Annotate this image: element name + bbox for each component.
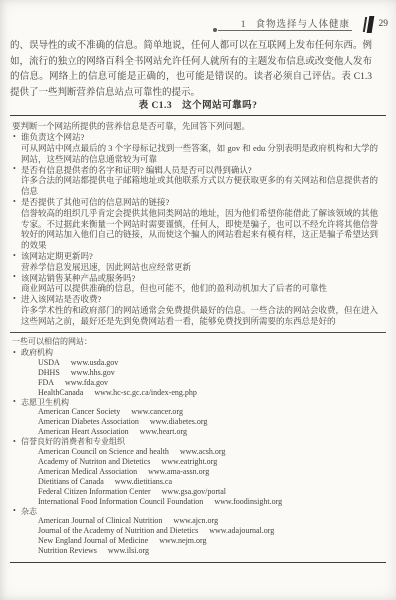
question-item: • 谁负责这个网站? 可从网站中网点最后的 3 个字母标记找到一些答案，如 go…: [12, 132, 378, 164]
site-entry: International Food Information Council F…: [21, 497, 378, 507]
site-url: www.ama-assn.org: [148, 467, 209, 477]
site-url: www.usda.gov: [71, 358, 118, 368]
site-url: www.hhs.gov: [71, 368, 115, 378]
trusted-sites-section: 一些可以相信的网站： • 政府机构 USDA www.usda.gov DHHS…: [12, 337, 378, 556]
category-label: 信誉良好的消费者和专业组织: [21, 437, 378, 447]
site-category: • 信誉良好的消费者和专业组织 American Council on Scie…: [12, 437, 378, 506]
site-url: www.foodinsight.org: [214, 497, 282, 507]
answer-text: 许多合法的网站都提供电子邮箱地址或其他联系方式以方便获取更多的有关网站和信息提供…: [21, 175, 378, 197]
site-name: International Food Information Council F…: [38, 497, 203, 507]
book-page: 1食物选择与人体健康 29 的、误导性的或不准确的信息。简单地说，任何人都可以在…: [0, 0, 396, 600]
site-name: New England Journal of Medicine: [38, 536, 148, 546]
site-entry: American Council on Science and health w…: [21, 447, 378, 457]
site-url: www.ilsi.org: [108, 546, 149, 556]
site-url: www.adajournal.org: [209, 526, 274, 536]
site-url: www.gsa.gov/portal: [162, 487, 226, 497]
site-entry: Academy of Nutriton and Dietetics www.ea…: [21, 457, 378, 467]
category-label: 志愿卫生机构: [21, 398, 378, 408]
answer-text: 营养学信息发展迅速，因此网站也应经常更新: [21, 262, 378, 273]
site-name: Academy of Nutriton and Dietetics: [38, 457, 150, 467]
site-entry: Dietitians of Canada www.dietitians.ca: [21, 477, 378, 487]
table-c1-3: 表 C1.3 这个网站可靠吗? 要判断一个网站所提供的营养信息是否可靠，先回答下…: [10, 97, 386, 563]
bullet-icon: •: [13, 506, 16, 516]
bullet-icon: •: [13, 197, 16, 208]
site-name: Nutrition Reviews: [38, 546, 97, 556]
site-url: www.diabetes.org: [150, 417, 208, 427]
chapter-title: 食物选择与人体健康: [255, 20, 350, 30]
table-divider-rule: [10, 332, 386, 333]
site-url: www.acsh.org: [180, 447, 226, 457]
header-rule: [218, 30, 352, 31]
bullet-icon: •: [13, 272, 16, 283]
bullet-icon: •: [13, 132, 16, 143]
question-text: 该网站销售某种产品或服务吗?: [21, 273, 378, 284]
table-caption: 表 C1.3 这个网站可靠吗?: [10, 97, 386, 111]
site-category: • 杂志 American Journal of Clinical Nutrit…: [12, 507, 378, 557]
question-item: • 进入该网站是否收费? 许多学术性的和政府部门的网站通常会免费提供最好的信息。…: [12, 294, 378, 326]
running-head: 1食物选择与人体健康 29: [0, 14, 396, 36]
bullet-icon: •: [13, 164, 16, 175]
site-entry: Nutrition Reviews www.ilsi.org: [21, 546, 378, 556]
site-entry: American Diabetes Association www.diabet…: [21, 417, 378, 427]
site-url: www.fda.gov: [65, 378, 108, 388]
site-name: FDA: [38, 378, 54, 388]
intro-paragraph: 的、误导性的或不准确的信息。简单地说，任何人都可以在互联网上发布任何东西。例如，…: [10, 39, 372, 101]
question-item: • 该网站定期更新吗? 营养学信息发展迅速，因此网站也应经常更新: [12, 251, 378, 273]
page-marker: 29: [364, 14, 389, 34]
trusted-sites-heading: 一些可以相信的网站：: [12, 337, 378, 347]
table-intro: 要判断一个网站所提供的营养信息是否可靠，先回答下列问题。: [12, 121, 378, 132]
site-category: • 志愿卫生机构 American Cancer Society www.can…: [12, 398, 378, 438]
site-entry: Journal of the Academy of Nutrition and …: [21, 526, 378, 536]
site-entry: American Journal of Clinical Nutrition w…: [21, 516, 378, 526]
site-name: American Medical Association: [38, 467, 137, 477]
site-url: www.cancer.org: [131, 407, 183, 417]
site-url: www.hc-sc.gc.ca/index-eng.php: [94, 388, 197, 398]
site-name: Federal Citizen Information Center: [38, 487, 151, 497]
answer-text: 许多学术性的和政府部门的网站通常会免费提供最好的信息。一些合法的网站会收费，但在…: [21, 305, 378, 327]
question-text: 是否提供了其他可信的信息网站的链接?: [21, 197, 378, 208]
page-number: 29: [379, 19, 389, 29]
site-entry: American Medical Association www.ama-ass…: [21, 467, 378, 477]
site-name: American Cancer Society: [38, 407, 120, 417]
question-item: • 是否有信息提供者的名字和证明? 编辑人员是否可以得到确认? 许多合法的网站都…: [12, 165, 378, 197]
site-entry: USDA www.usda.gov: [21, 358, 378, 368]
site-name: DHHS: [38, 368, 60, 378]
site-url: www.eatright.org: [161, 457, 217, 467]
site-entry: HealthCanada www.hc-sc.gc.ca/index-eng.p…: [21, 388, 378, 398]
bullet-icon: •: [13, 294, 16, 305]
question-text: 该网站定期更新吗?: [21, 251, 378, 262]
question-item: • 该网站销售某种产品或服务吗? 商业网站可以提供准确的信息，但也可能不，他们的…: [12, 273, 378, 295]
site-name: HealthCanada: [38, 388, 83, 398]
question-item: • 是否提供了其他可信的信息网站的链接? 信誉较高的组织几乎肯定会提供其他同类网…: [12, 197, 378, 251]
site-name: Journal of the Academy of Nutrition and …: [38, 526, 198, 536]
answer-text: 信誉较高的组织几乎肯定会提供其他同类网站的地址，因为他们希望你能借此了解该领域的…: [21, 208, 378, 251]
chapter-number: 1: [241, 20, 247, 30]
site-name: American Heart Association: [38, 427, 129, 437]
rule-end-dot: [213, 28, 217, 32]
site-entry: New England Journal of Medicine www.nejm…: [21, 536, 378, 546]
table-body: 要判断一个网站所提供的营养信息是否可靠，先回答下列问题。 • 谁负责这个网站? …: [10, 115, 386, 563]
site-entry: American Cancer Society www.cancer.org: [21, 407, 378, 417]
site-url: www.dietitians.ca: [115, 477, 172, 487]
site-name: Dietitians of Canada: [38, 477, 104, 487]
site-entry: DHHS www.hhs.gov: [21, 368, 378, 378]
site-url: www.ajcn.org: [173, 516, 218, 526]
questions-section: 要判断一个网站所提供的营养信息是否可靠，先回答下列问题。 • 谁负责这个网站? …: [12, 121, 378, 327]
site-entry: FDA www.fda.gov: [21, 378, 378, 388]
bullet-icon: •: [13, 348, 16, 358]
bullet-icon: •: [13, 437, 16, 447]
bullet-icon: •: [13, 251, 16, 262]
question-text: 进入该网站是否收费?: [21, 294, 378, 305]
question-text: 是否有信息提供者的名字和证明? 编辑人员是否可以得到确认?: [21, 165, 378, 176]
site-name: American Journal of Clinical Nutrition: [38, 516, 162, 526]
page-marker-bar-icon: [362, 16, 374, 33]
site-entry: American Heart Association www.heart.org: [21, 427, 378, 437]
answer-text: 商业网站可以提供准确的信息，但也可能不，他们的盈利动机加大了后者的可靠性: [21, 283, 378, 294]
site-category: • 政府机构 USDA www.usda.gov DHHS www.hhs.go…: [12, 348, 378, 398]
site-name: American Diabetes Association: [38, 417, 139, 427]
category-label: 杂志: [21, 507, 378, 517]
question-text: 谁负责这个网站?: [21, 132, 378, 143]
site-name: USDA: [38, 358, 60, 368]
category-label: 政府机构: [21, 348, 378, 358]
site-url: www.heart.org: [140, 427, 187, 437]
answer-text: 可从网站中网点最后的 3 个字母标记找到一些答案，如 gov 和 edu 分别表…: [21, 143, 378, 165]
chapter-heading: 1食物选择与人体健康: [241, 16, 350, 30]
site-url: www.nejm.org: [159, 536, 206, 546]
bar-icon-thick-stroke: [366, 16, 374, 33]
site-name: American Council on Science and health: [38, 447, 169, 457]
site-entry: Federal Citizen Information Center www.g…: [21, 487, 378, 497]
bullet-icon: •: [13, 397, 16, 407]
